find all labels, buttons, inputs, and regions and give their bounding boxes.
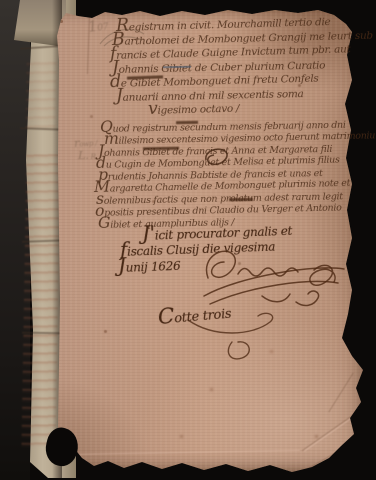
ink-doodle bbox=[202, 146, 232, 168]
fold-highlight bbox=[60, 450, 300, 455]
strikethrough-mark bbox=[229, 198, 253, 201]
handwritten-line: Junij 1626 bbox=[118, 252, 181, 277]
scanned-manuscript-stage: 107 rowp / L. R. Registrum in civit. Mou… bbox=[0, 0, 376, 480]
strikethrough-mark bbox=[176, 121, 198, 124]
margin-note: L. R. bbox=[78, 148, 98, 162]
fold-crease bbox=[328, 373, 353, 413]
docket-flourish bbox=[186, 312, 286, 364]
fold-highlight bbox=[304, 413, 359, 452]
strikethrough-mark bbox=[143, 147, 179, 151]
